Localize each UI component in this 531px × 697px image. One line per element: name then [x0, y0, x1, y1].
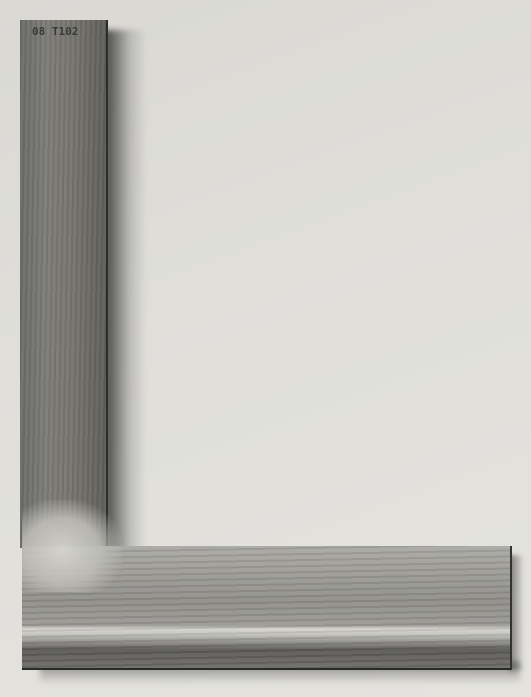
vertical-arm-shadow [104, 30, 146, 550]
inventory-label: 08 T102 [32, 24, 92, 40]
square-vertical-arm [20, 20, 108, 548]
worn-corner-joint [22, 500, 122, 592]
photograph: 08 T102 [0, 0, 531, 697]
